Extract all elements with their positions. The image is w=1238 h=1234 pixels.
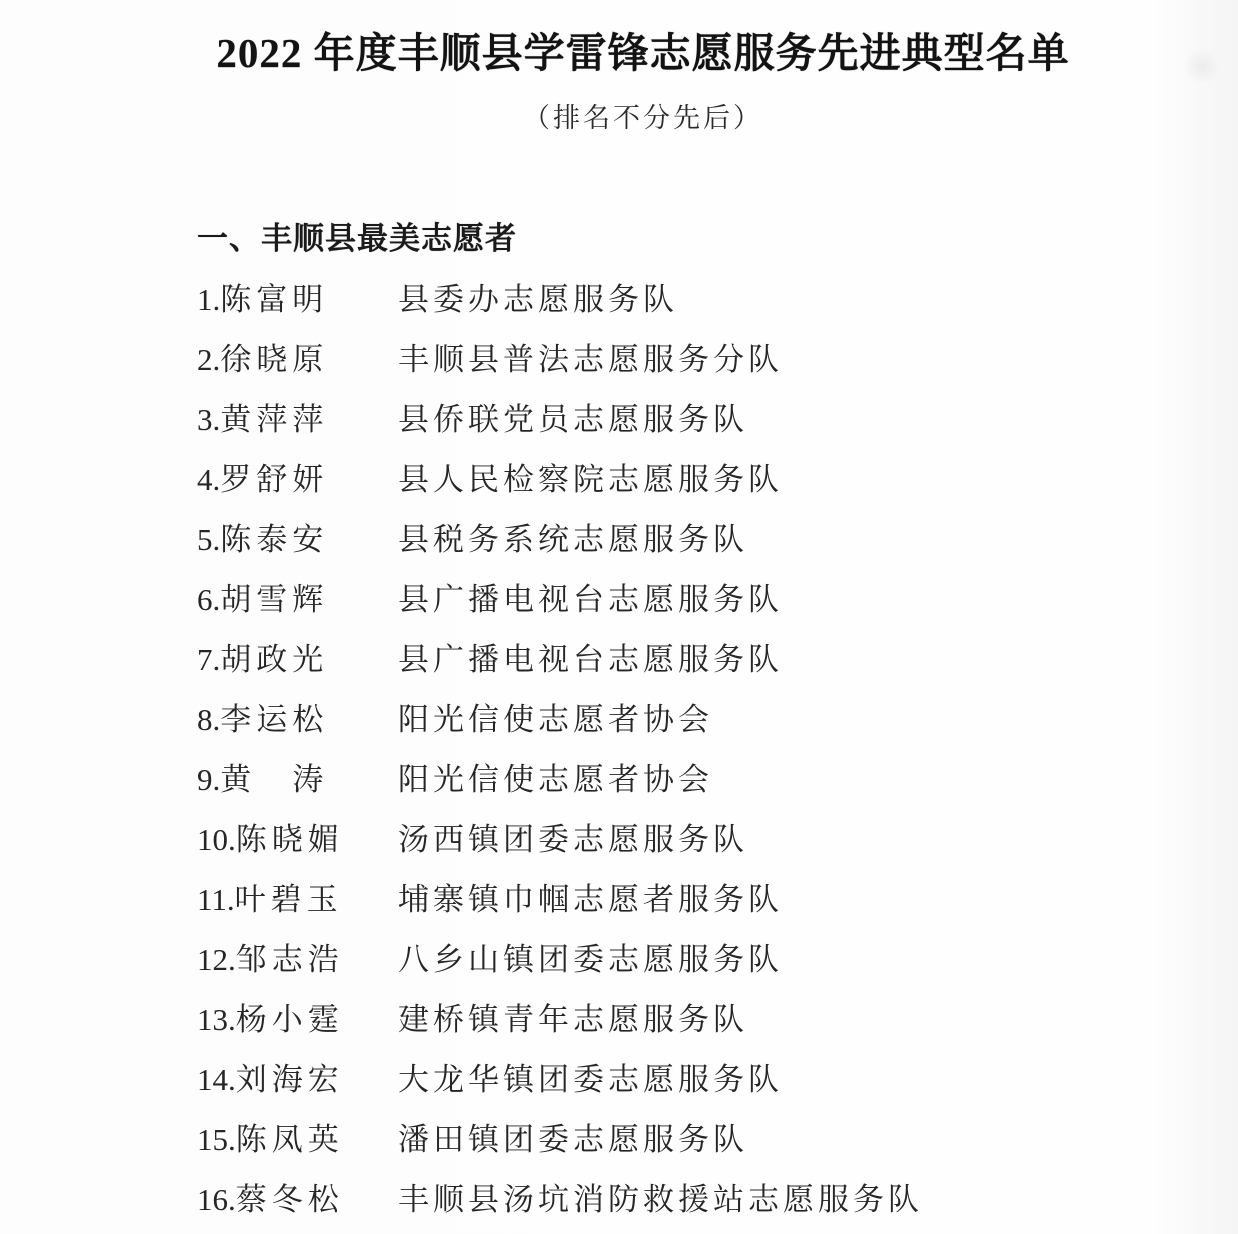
- list-item: 14.刘海宏 大龙华镇团委志愿服务队: [197, 1046, 1178, 1106]
- entry-number-and-name: 15.陈凤英: [197, 1114, 398, 1159]
- volunteer-name: 邹志浩: [236, 942, 344, 977]
- volunteer-name: 陈泰安: [220, 522, 328, 557]
- list-item: 12.邹志浩 八乡山镇团委志愿服务队: [197, 926, 1178, 986]
- list-item: 9.黄 涛 阳光信使志愿者协会: [197, 746, 1178, 806]
- entry-number: 9.: [197, 762, 220, 797]
- entry-number-and-name: 4.罗舒妍: [197, 454, 398, 499]
- volunteer-name: 蔡冬松: [236, 1182, 344, 1217]
- entry-number-and-name: 16.蔡冬松: [197, 1174, 398, 1219]
- list-item: 15.陈凤英 潘田镇团委志愿服务队: [197, 1106, 1178, 1166]
- entry-number-and-name: 11.叶碧玉: [197, 874, 398, 919]
- organization-name: 大龙华镇团委志愿服务队: [398, 1054, 1178, 1099]
- entry-number: 11.: [197, 882, 235, 917]
- entry-number: 4.: [197, 462, 220, 497]
- organization-name: 县广播电视台志愿服务队: [398, 574, 1178, 619]
- organization-name: 潘田镇团委志愿服务队: [398, 1114, 1178, 1159]
- list-item: 6.胡雪辉 县广播电视台志愿服务队: [197, 566, 1178, 626]
- list-item: 8.李运松 阳光信使志愿者协会: [197, 686, 1178, 746]
- entry-number: 6.: [197, 582, 220, 617]
- organization-name: 建桥镇青年志愿服务队: [398, 994, 1178, 1039]
- entry-number: 1.: [197, 282, 220, 317]
- list-item: 5.陈泰安 县税务系统志愿服务队: [197, 506, 1178, 566]
- list-item: 7.胡政光 县广播电视台志愿服务队: [197, 626, 1178, 686]
- entry-number-and-name: 1.陈富明: [197, 274, 398, 319]
- entry-number: 14.: [197, 1062, 236, 1097]
- volunteer-name: 李运松: [220, 702, 328, 737]
- volunteer-name: 叶碧玉: [235, 882, 343, 917]
- entry-number: 13.: [197, 1002, 236, 1037]
- volunteer-name: 陈凤英: [236, 1122, 344, 1157]
- organization-name: 县广播电视台志愿服务队: [398, 634, 1178, 679]
- list-item: 3.黄萍萍 县侨联党员志愿服务队: [197, 386, 1178, 446]
- entry-number: 3.: [197, 402, 220, 437]
- volunteer-name: 胡雪辉: [220, 582, 328, 617]
- organization-name: 汤西镇团委志愿服务队: [398, 814, 1178, 859]
- entry-number-and-name: 6.胡雪辉: [197, 574, 398, 619]
- entry-number-and-name: 3.黄萍萍: [197, 394, 398, 439]
- entry-number-and-name: 9.黄 涛: [197, 754, 398, 799]
- entry-number-and-name: 14.刘海宏: [197, 1054, 398, 1099]
- list-item: 10.陈晓媚 汤西镇团委志愿服务队: [197, 806, 1178, 866]
- volunteer-name: 黄萍萍: [220, 402, 328, 437]
- entry-number-and-name: 2.徐晓原: [197, 334, 398, 379]
- document-body: 一、丰顺县最美志愿者 1.陈富明 县委办志愿服务队 2.徐晓原 丰顺县普法志愿服…: [0, 220, 1238, 1226]
- organization-name: 埔寨镇巾帼志愿者服务队: [398, 874, 1178, 919]
- organization-name: 县委办志愿服务队: [398, 274, 1178, 319]
- organization-name: 县侨联党员志愿服务队: [398, 394, 1178, 439]
- entry-number-and-name: 12.邹志浩: [197, 934, 398, 979]
- entry-number-and-name: 8.李运松: [197, 694, 398, 739]
- entry-number-and-name: 7.胡政光: [197, 634, 398, 679]
- organization-name: 丰顺县汤坑消防救援站志愿服务队: [398, 1174, 1178, 1219]
- volunteer-name: 胡政光: [220, 642, 328, 677]
- organization-name: 县税务系统志愿服务队: [398, 514, 1178, 559]
- entry-number: 12.: [197, 942, 236, 977]
- list-item: 1.陈富明 县委办志愿服务队: [197, 266, 1178, 326]
- entry-number-and-name: 13.杨小霆: [197, 994, 398, 1039]
- volunteer-name: 徐晓原: [220, 342, 328, 377]
- volunteer-name: 刘海宏: [236, 1062, 344, 1097]
- list-item: 11.叶碧玉 埔寨镇巾帼志愿者服务队: [197, 866, 1178, 926]
- organization-name: 丰顺县普法志愿服务分队: [398, 334, 1178, 379]
- volunteer-list: 1.陈富明 县委办志愿服务队 2.徐晓原 丰顺县普法志愿服务分队 3.黄萍萍 县…: [197, 266, 1178, 1226]
- entry-number-and-name: 10.陈晓媚: [197, 814, 398, 859]
- organization-name: 阳光信使志愿者协会: [398, 694, 1178, 739]
- volunteer-name: 陈晓媚: [236, 822, 344, 857]
- organization-name: 阳光信使志愿者协会: [398, 754, 1178, 799]
- entry-number: 5.: [197, 522, 220, 557]
- entry-number-and-name: 5.陈泰安: [197, 514, 398, 559]
- section-heading: 一、丰顺县最美志愿者: [197, 220, 1178, 258]
- entry-number: 7.: [197, 642, 220, 677]
- document-title: 2022 年度丰顺县学雷锋志愿服务先进典型名单: [48, 28, 1238, 78]
- organization-name: 八乡山镇团委志愿服务队: [398, 934, 1178, 979]
- list-item: 16.蔡冬松 丰顺县汤坑消防救援站志愿服务队: [197, 1166, 1178, 1226]
- entry-number: 2.: [197, 342, 220, 377]
- entry-number: 15.: [197, 1122, 236, 1157]
- volunteer-name: 陈富明: [220, 282, 328, 317]
- document-subtitle: （排名不分先后）: [48, 102, 1238, 134]
- entry-number: 10.: [197, 822, 236, 857]
- list-item: 2.徐晓原 丰顺县普法志愿服务分队: [197, 326, 1178, 386]
- document-header: 2022 年度丰顺县学雷锋志愿服务先进典型名单 （排名不分先后）: [0, 0, 1238, 134]
- volunteer-name: 杨小霆: [236, 1002, 344, 1037]
- list-item: 4.罗舒妍 县人民检察院志愿服务队: [197, 446, 1178, 506]
- organization-name: 县人民检察院志愿服务队: [398, 454, 1178, 499]
- entry-number: 8.: [197, 702, 220, 737]
- scanned-document-page: 2022 年度丰顺县学雷锋志愿服务先进典型名单 （排名不分先后） 一、丰顺县最美…: [0, 0, 1238, 1234]
- volunteer-name: 罗舒妍: [220, 462, 328, 497]
- volunteer-name: 黄 涛: [220, 762, 328, 797]
- entry-number: 16.: [197, 1182, 236, 1217]
- list-item: 13.杨小霆 建桥镇青年志愿服务队: [197, 986, 1178, 1046]
